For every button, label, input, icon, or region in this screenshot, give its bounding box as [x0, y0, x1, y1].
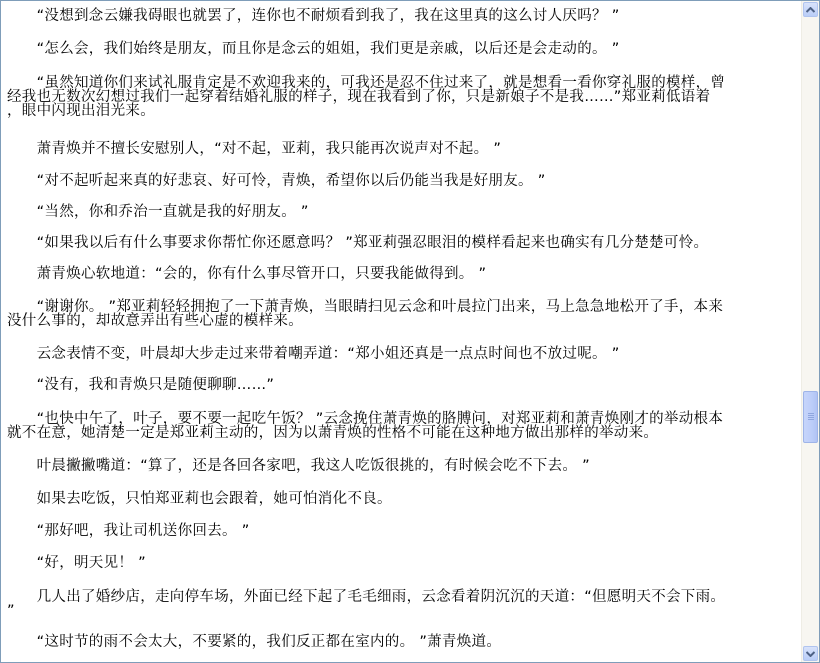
paragraph: “如果我以后有什么事要求你帮忙你还愿意吗？ ”郑亚莉强忍眼泪的模样看起来也确实有…	[7, 236, 791, 250]
text-line: 如果去吃饭，只怕郑亚莉也会跟着，她可怕消化不良。	[7, 492, 791, 506]
paragraph: “怎么会，我们始终是朋友，而且你是念云的姐姐，我们更是亲戚，以后还是会走动的。 …	[7, 42, 791, 56]
grip-line	[808, 415, 814, 416]
grip-line	[808, 413, 814, 414]
chevron-down-icon	[806, 651, 815, 657]
text-line: “虽然知道你们来试礼服肯定是不欢迎我来的，可我还是忍不住过来了，就是想看一看你穿…	[7, 76, 791, 90]
paragraph: 如果去吃饭，只怕郑亚莉也会跟着，她可怕消化不良。	[7, 492, 791, 506]
text-line: “没想到念云嫌我碍眼也就罢了，连你也不耐烦看到我了，我在这里真的这么讨人厌吗？ …	[7, 9, 791, 23]
text-line: “谢谢你。 ”郑亚莉轻轻拥抱了一下萧青焕，当眼睛扫见云念和叶晨拉门出来，马上急急…	[7, 300, 791, 314]
chevron-up-icon	[806, 7, 815, 13]
paragraph: “没想到念云嫌我碍眼也就罢了，连你也不耐烦看到我了，我在这里真的这么讨人厌吗？ …	[7, 9, 791, 23]
paragraph: “对不起听起来真的好悲哀、好可怜，青焕，希望你以后仍能当我是好朋友。 ”	[7, 174, 791, 188]
text-line: “这时节的雨不会太大，不要紧的，我们反正都在室内的。 ”萧青焕道。	[7, 635, 791, 649]
scroll-down-button[interactable]	[803, 646, 818, 661]
text-line: “也快中午了，叶子，要不要一起吃午饭？ ”云念挽住萧青焕的胳膊问，对郑亚莉和萧青…	[7, 412, 791, 426]
scroll-thumb[interactable]	[803, 391, 818, 443]
text-line: 萧青焕并不擅长安慰别人，“对不起，亚莉，我只能再次说声对不起。 ”	[7, 142, 791, 156]
grip-line	[808, 419, 814, 420]
paragraph: 云念表情不变，叶晨却大步走过来带着嘲弄道：“郑小姐还真是一点点时间也不放过呢。 …	[7, 347, 791, 361]
vertical-scrollbar[interactable]	[801, 1, 819, 662]
paragraph: 萧青焕并不擅长安慰别人，“对不起，亚莉，我只能再次说声对不起。 ”	[7, 142, 791, 156]
grip-line	[808, 417, 814, 418]
paragraph: “这时节的雨不会太大，不要紧的，我们反正都在室内的。 ”萧青焕道。	[7, 635, 791, 649]
paragraph: 萧青焕心软地道：“会的，你有什么事尽管开口，只要我能做得到。 ”	[7, 267, 791, 281]
text-line: 经我也无数次幻想过我们一起穿着结婚礼服的样子，现在我看到了你，只是新娘子不是我……	[7, 90, 791, 104]
text-line: 没什么事的，却故意弄出有些心虚的模样来。	[7, 314, 791, 328]
text-line: “如果我以后有什么事要求你帮忙你还愿意吗？ ”郑亚莉强忍眼泪的模样看起来也确实有…	[7, 236, 791, 250]
text-line: “没有，我和青焕只是随便聊聊……”	[7, 378, 791, 392]
text-line: “那好吧，我让司机送你回去。 ”	[7, 524, 791, 538]
text-line: 几人出了婚纱店，走向停车场，外面已经下起了毛毛细雨，云念看着阴沉沉的天道：“但愿…	[7, 590, 791, 604]
text-line: “当然，你和乔治一直就是我的好朋友。 ”	[7, 205, 791, 219]
paragraph: “没有，我和青焕只是随便聊聊……”	[7, 378, 791, 392]
paragraph: 几人出了婚纱店，走向停车场，外面已经下起了毛毛细雨，云念看着阴沉沉的天道：“但愿…	[7, 590, 791, 618]
text-line: “怎么会，我们始终是朋友，而且你是念云的姐姐，我们更是亲戚，以后还是会走动的。 …	[7, 42, 791, 56]
reader-window: “没想到念云嫌我碍眼也就罢了，连你也不耐烦看到我了，我在这里真的这么讨人厌吗？ …	[0, 0, 820, 663]
paragraph: “谢谢你。 ”郑亚莉轻轻拥抱了一下萧青焕，当眼睛扫见云念和叶晨拉门出来，马上急急…	[7, 300, 791, 328]
scroll-up-button[interactable]	[803, 2, 818, 17]
paragraph: “当然，你和乔治一直就是我的好朋友。 ”	[7, 205, 791, 219]
paragraph: “那好吧，我让司机送你回去。 ”	[7, 524, 791, 538]
text-line: ，眼中闪现出泪光来。	[7, 104, 791, 118]
paragraph: “虽然知道你们来试礼服肯定是不欢迎我来的，可我还是忍不住过来了，就是想看一看你穿…	[7, 76, 791, 118]
document-text-area[interactable]: “没想到念云嫌我碍眼也就罢了，连你也不耐烦看到我了，我在这里真的这么讨人厌吗？ …	[1, 1, 801, 662]
paragraph: “也快中午了，叶子，要不要一起吃午饭？ ”云念挽住萧青焕的胳膊问，对郑亚莉和萧青…	[7, 412, 791, 440]
text-line: 叶晨撇撇嘴道：“算了，还是各回各家吧，我这人吃饭很挑的，有时候会吃不下去。 ”	[7, 459, 791, 473]
text-line: ”	[7, 604, 791, 618]
paragraph: “好，明天见！ ”	[7, 556, 791, 570]
text-line: 云念表情不变，叶晨却大步走过来带着嘲弄道：“郑小姐还真是一点点时间也不放过呢。 …	[7, 347, 791, 361]
text-line: “好，明天见！ ”	[7, 556, 791, 570]
text-line: 萧青焕心软地道：“会的，你有什么事尽管开口，只要我能做得到。 ”	[7, 267, 791, 281]
paragraph: 叶晨撇撇嘴道：“算了，还是各回各家吧，我这人吃饭很挑的，有时候会吃不下去。 ”	[7, 459, 791, 473]
text-line: “对不起听起来真的好悲哀、好可怜，青焕，希望你以后仍能当我是好朋友。 ”	[7, 174, 791, 188]
text-line: 就不在意，她清楚一定是郑亚莉主动的，因为以萧青焕的性格不可能在这种地方做出那样的…	[7, 426, 791, 440]
